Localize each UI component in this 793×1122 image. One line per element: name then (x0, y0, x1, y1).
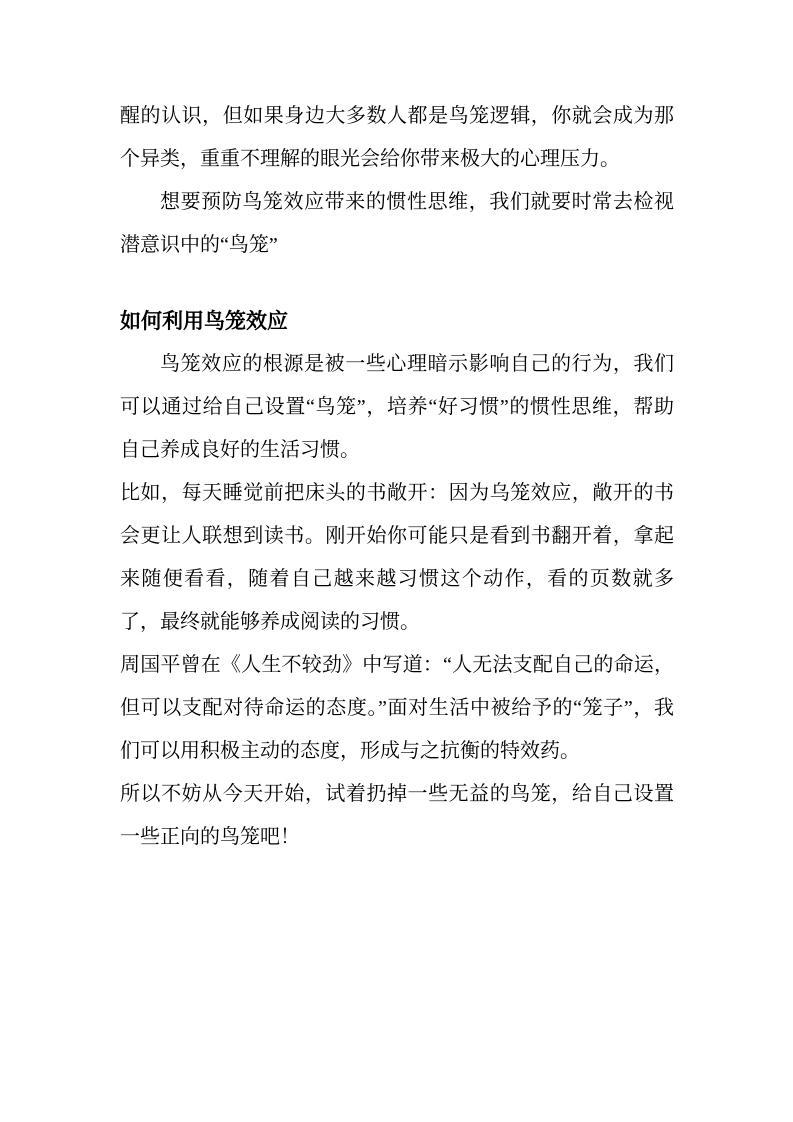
section-heading: 如何利用鸟笼效应 (120, 300, 674, 343)
document-content: 醒的认识，但如果身边大多数人都是鸟笼逻辑，你就会成为那个异类，重重不理解的眼光会… (120, 95, 674, 859)
paragraph-example: 比如，每天睡觉前把床头的书敞开：因为乌笼效应，敞开的书会更让人联想到读书。刚开始… (120, 472, 674, 644)
document-page: 醒的认识，但如果身边大多数人都是鸟笼逻辑，你就会成为那个异类，重重不理解的眼光会… (0, 0, 793, 1122)
paragraph-intro: 鸟笼效应的根源是被一些心理暗示影响自己的行为，我们可以通过给自己设置“鸟笼”，培… (120, 343, 674, 472)
paragraph-closing: 所以不妨从今天开始，试着扔掉一些无益的鸟笼，给自己设置一些正向的鸟笼吧！ (120, 773, 674, 859)
paragraph-prevention: 想要预防鸟笼效应带来的惯性思维，我们就要时常去检视潜意识中的“鸟笼” (120, 181, 674, 267)
paragraph-continuation: 醒的认识，但如果身边大多数人都是鸟笼逻辑，你就会成为那个异类，重重不理解的眼光会… (120, 95, 674, 181)
paragraph-quote: 周国平曾在《人生不较劲》中写道：“人无法支配自己的命运，但可以支配对待命运的态度… (120, 644, 674, 773)
